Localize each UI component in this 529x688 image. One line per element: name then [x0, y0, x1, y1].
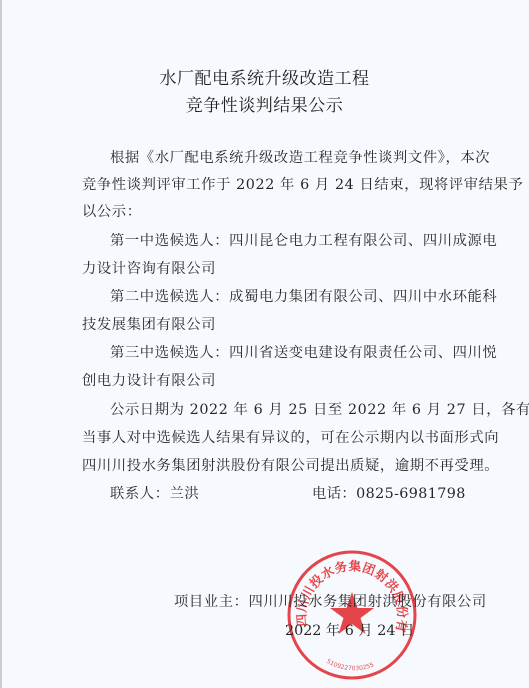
candidate2-line1: 第二中选候选人：成蜀电力集团有限公司、四川中水环能科	[110, 286, 497, 306]
notice-line3: 四川川投水务集团射洪股份有限公司提出质疑，逾期不再受理。	[82, 455, 499, 475]
candidate3-line1: 第三中选候选人：四川省送变电建设有限责任公司、四川悦	[110, 342, 497, 362]
intro-line1: 根据《水厂配电系统升级改造工程竞争性谈判文件》，本次	[110, 147, 490, 167]
intro-line3: 以公示：	[82, 201, 142, 221]
notice-line1: 公示日期为 2022 年 6 月 25 日至 2022 年 6 月 27 日，各…	[110, 399, 529, 419]
candidate1-line2: 力设计咨询有限公司	[82, 258, 216, 278]
contact-person: 联系人：兰洪	[110, 483, 199, 503]
candidate2-line2: 技发展集团有限公司	[82, 314, 216, 334]
document-title-line2: 竞争性谈判结果公示	[0, 91, 529, 116]
candidate1-line1: 第一中选候选人：四川昆仑电力工程有限公司、四川成源电	[110, 230, 497, 250]
project-owner: 项目业主：四川川投水务集团射洪股份有限公司	[174, 591, 487, 611]
contact-phone: 电话：0825-6981798	[312, 483, 466, 503]
signature-date: 2022 年 6 月 24 日	[285, 620, 414, 640]
candidate3-line2: 创电力设计有限公司	[82, 370, 216, 390]
notice-line2: 当事人对中选候选人结果有异议的，可在公示期内以书面形式向	[82, 427, 499, 447]
document-title-line1: 水厂配电系统升级改造工程	[0, 64, 529, 89]
intro-line2: 竞争性谈判评审工作于 2022 年 6 月 24 日结束，现将评审结果予	[82, 174, 523, 194]
svg-text:5109227030255: 5109227030255	[325, 658, 375, 672]
official-seal-icon: 四川川投水务集团射洪股份有限公司 5109227030255	[285, 548, 419, 682]
